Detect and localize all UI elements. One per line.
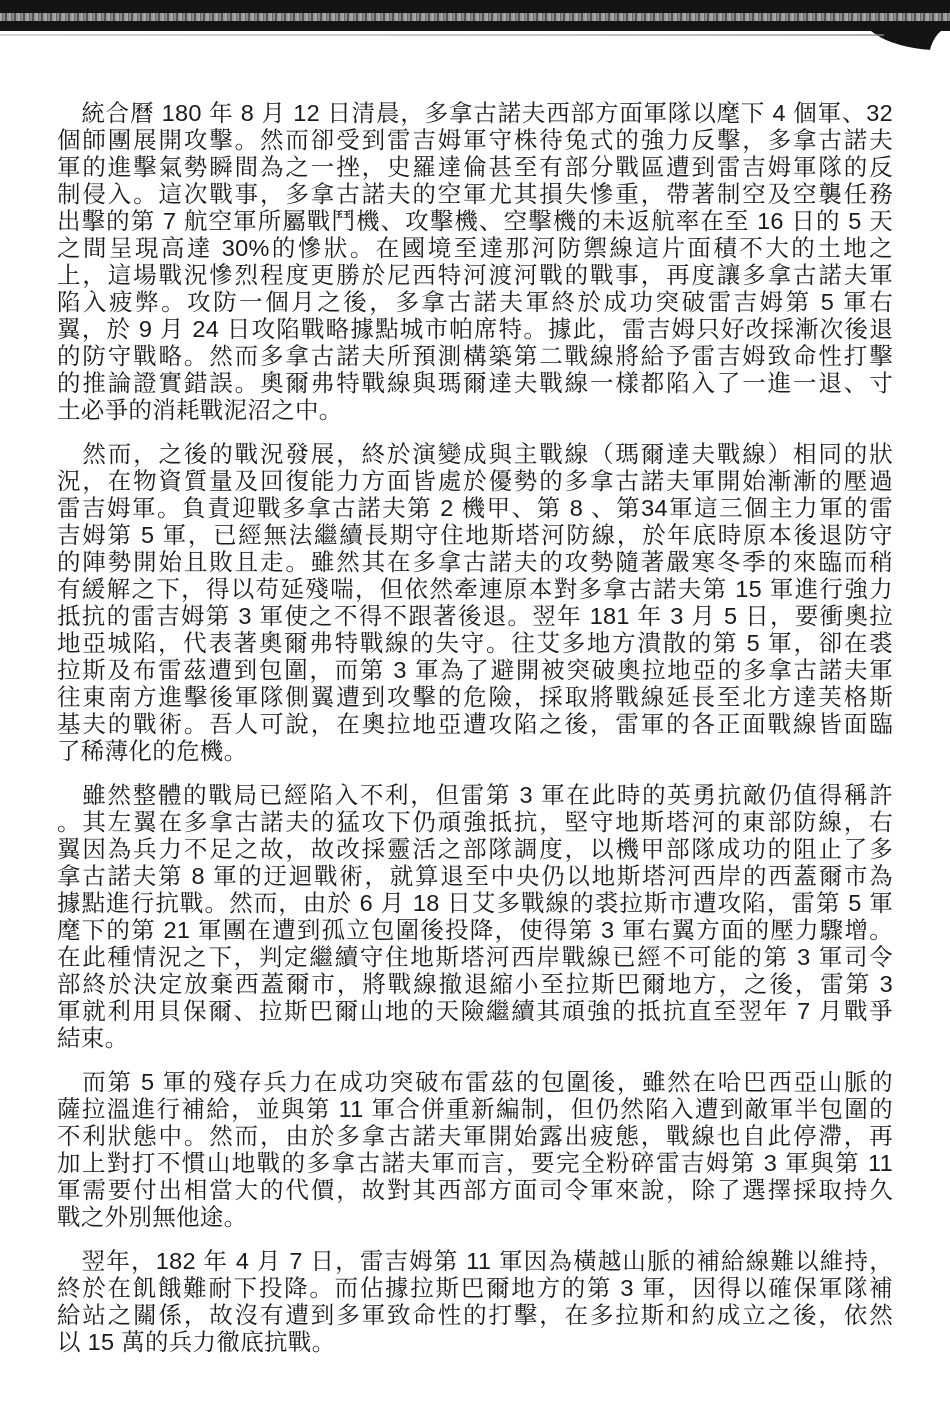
- scan-band-stripe: [0, 13, 950, 21]
- text-line: 不利狀態中。然而，由於多拿古諾夫軍開始露出疲態，戰線也自此停滯，再: [57, 1123, 893, 1150]
- scan-top-border: [0, 0, 950, 31]
- text-line: 的陣勢開始且敗且走。雖然其在多拿古諾夫的攻勢隨著嚴寒冬季的來臨而稍: [57, 549, 893, 576]
- text-line: 陷入疲弊。攻防一個月之後，多拿古諾夫軍終於成功突破雷吉姆第 5 軍右: [57, 289, 893, 316]
- text-line: 抵抗的雷吉姆第 3 軍使之不得不跟著後退。翌年 181 年 3 月 5 日，要衝…: [57, 603, 893, 630]
- text-line: 統合曆 180 年 8 月 12 日清晨，多拿古諾夫西部方面軍隊以麾下 4 個軍…: [57, 100, 893, 127]
- text-line: 有緩解之下，得以苟延殘喘，但依然牽連原本對多拿古諾夫第 15 軍進行強力: [57, 576, 893, 603]
- text-line: 據點進行抗戰。然而，由於 6 月 18 日艾多戰線的裘拉斯市遭攻陷，雷第 5 軍: [57, 890, 893, 917]
- text-line: 地亞城陷，代表著奧爾弗特戰線的失守。往艾多地方潰散的第 5 軍，卻在裘: [57, 630, 893, 657]
- text-line: 而第 5 軍的殘存兵力在成功突破布雷茲的包圍後，雖然在哈巴西亞山脈的: [57, 1069, 893, 1096]
- text-line: 翼，於 9 月 24 日攻陷戰略據點城市帕席特。據此，雷吉姆只好改採漸次後退: [57, 316, 893, 343]
- text-line: 然而，之後的戰況發展，終於演變成與主戰線（瑪爾達夫戰線）相同的狀: [57, 441, 893, 468]
- text-line: 個師團展開攻擊。然而卻受到雷吉姆軍守株待兔式的強力反擊，多拿古諾夫: [57, 127, 893, 154]
- text-line: 軍的進擊氣勢瞬間為之一挫，史羅達倫甚至有部分戰區遭到雷吉姆軍隊的反: [57, 154, 893, 181]
- body-text: 統合曆 180 年 8 月 12 日清晨，多拿古諾夫西部方面軍隊以麾下 4 個軍…: [57, 100, 893, 1356]
- scan-band-shadow-line: [0, 34, 884, 36]
- text-line: 麾下的第 21 軍團在遭到孤立包圍後投降，使得第 3 軍右翼方面的壓力驟增。: [57, 917, 893, 944]
- paragraph: 翌年，182 年 4 月 7 日，雷吉姆第 11 軍因為橫越山脈的補給線難以維持…: [57, 1248, 893, 1356]
- text-line: 。其左翼在多拿古諾夫的猛攻下仍頑強抵抗，堅守地斯塔河的東部防線，右: [57, 809, 893, 836]
- text-line: 拉斯及布雷茲遭到包圍，而第 3 軍為了避開被突破奧拉地亞的多拿古諾夫軍: [57, 657, 893, 684]
- text-line: 翼因為兵力不足之故，故改採靈活之部隊調度，以機甲部隊成功的阻止了多: [57, 836, 893, 863]
- text-line: 了稀薄化的危機。: [57, 738, 893, 765]
- text-line: 出擊的第 7 航空軍所屬戰鬥機、攻擊機、空擊機的未返航率在至 16 日的 5 天: [57, 208, 893, 235]
- text-line: 翌年，182 年 4 月 7 日，雷吉姆第 11 軍因為橫越山脈的補給線難以維持…: [57, 1248, 893, 1275]
- text-line: 加上對打不慣山地戰的多拿古諾夫軍而言，要完全粉碎雷吉姆第 3 軍與第 11: [57, 1150, 893, 1177]
- paragraph: 雖然整體的戰局已經陷入不利，但雷第 3 軍在此時的英勇抗敵仍值得稱許。其左翼在多…: [57, 782, 893, 1052]
- text-line: 吉姆第 5 軍，已經無法繼續長期守住地斯塔河防線，於年底時原本後退防守: [57, 522, 893, 549]
- text-line: 的防守戰略。然而多拿古諾夫所預測構築第二戰線將給予雷吉姆致命性打擊: [57, 343, 893, 370]
- text-line: 薩拉溫進行補給，並與第 11 軍合併重新編制，但仍然陷入遭到敵軍半包圍的: [57, 1096, 893, 1123]
- text-line: 上，這場戰況慘烈程度更勝於尼西特河渡河戰的戰事，再度讓多拿古諾夫軍: [57, 262, 893, 289]
- paragraph: 而第 5 軍的殘存兵力在成功突破布雷茲的包圍後，雖然在哈巴西亞山脈的薩拉溫進行補…: [57, 1069, 893, 1231]
- text-line: 在此種情況之下，判定繼續守住地斯塔河西岸戰線已經不可能的第 3 軍司令: [57, 944, 893, 971]
- text-line: 往東南方進擊後軍隊側翼遭到攻擊的危險，採取將戰線延長至北方達芙格斯: [57, 684, 893, 711]
- text-line: 以 15 萬的兵力徹底抗戰。: [57, 1329, 893, 1356]
- text-line: 軍需要付出相當大的代價，故對其西部方面司令軍來說，除了選擇採取持久: [57, 1177, 893, 1204]
- text-line: 制侵入。這次戰事，多拿古諾夫的空軍尤其損失慘重，帶著制空及空襲任務: [57, 181, 893, 208]
- text-line: 戰之外別無他途。: [57, 1204, 893, 1231]
- text-line: 雷吉姆軍。負責迎戰多拿古諾夫第 2 機甲、第 8 、第34軍這三個主力軍的雷: [57, 495, 893, 522]
- text-line: 終於在飢餓難耐下投降。而佔據拉斯巴爾地方的第 3 軍，因得以確保軍隊補: [57, 1275, 893, 1302]
- text-line: 軍就利用貝保爾、拉斯巴爾山地的天險繼續其頑強的抵抗直至翌年 7 月戰爭: [57, 998, 893, 1025]
- text-line: 基夫的戰術。吾人可說，在奧拉地亞遭攻陷之後，雷軍的各正面戰線皆面臨: [57, 711, 893, 738]
- text-line: 給站之關係，故沒有遭到多軍致命性的打擊，在多拉斯和約成立之後，依然: [57, 1302, 893, 1329]
- text-line: 況，在物資質量及回復能力方面皆處於優勢的多拿古諾夫軍開始漸漸的壓過: [57, 468, 893, 495]
- text-line: 土必爭的消耗戰泥沼之中。: [57, 397, 893, 424]
- text-line: 結束。: [57, 1025, 893, 1052]
- text-line: 拿古諾夫第 8 軍的迂迴戰術，就算退至中央仍以地斯塔河西岸的西蓋爾市為: [57, 863, 893, 890]
- book-page: 統合曆 180 年 8 月 12 日清晨，多拿古諾夫西部方面軍隊以麾下 4 個軍…: [57, 100, 893, 1356]
- paragraph: 然而，之後的戰況發展，終於演變成與主戰線（瑪爾達夫戰線）相同的狀況，在物資質量及…: [57, 441, 893, 765]
- text-line: 部終於決定放棄西蓋爾市，將戰線撤退縮小至拉斯巴爾地方，之後，雷第 3: [57, 971, 893, 998]
- paragraph: 統合曆 180 年 8 月 12 日清晨，多拿古諾夫西部方面軍隊以麾下 4 個軍…: [57, 100, 893, 424]
- text-line: 的推論證實錯誤。奧爾弗特戰線與瑪爾達夫戰線一樣都陷入了一進一退、寸: [57, 370, 893, 397]
- text-line: 之間呈現高達 30%的慘狀。在國境至達那河防禦線這片面積不大的土地之: [57, 235, 893, 262]
- text-line: 雖然整體的戰局已經陷入不利，但雷第 3 軍在此時的英勇抗敵仍值得稱許: [57, 782, 893, 809]
